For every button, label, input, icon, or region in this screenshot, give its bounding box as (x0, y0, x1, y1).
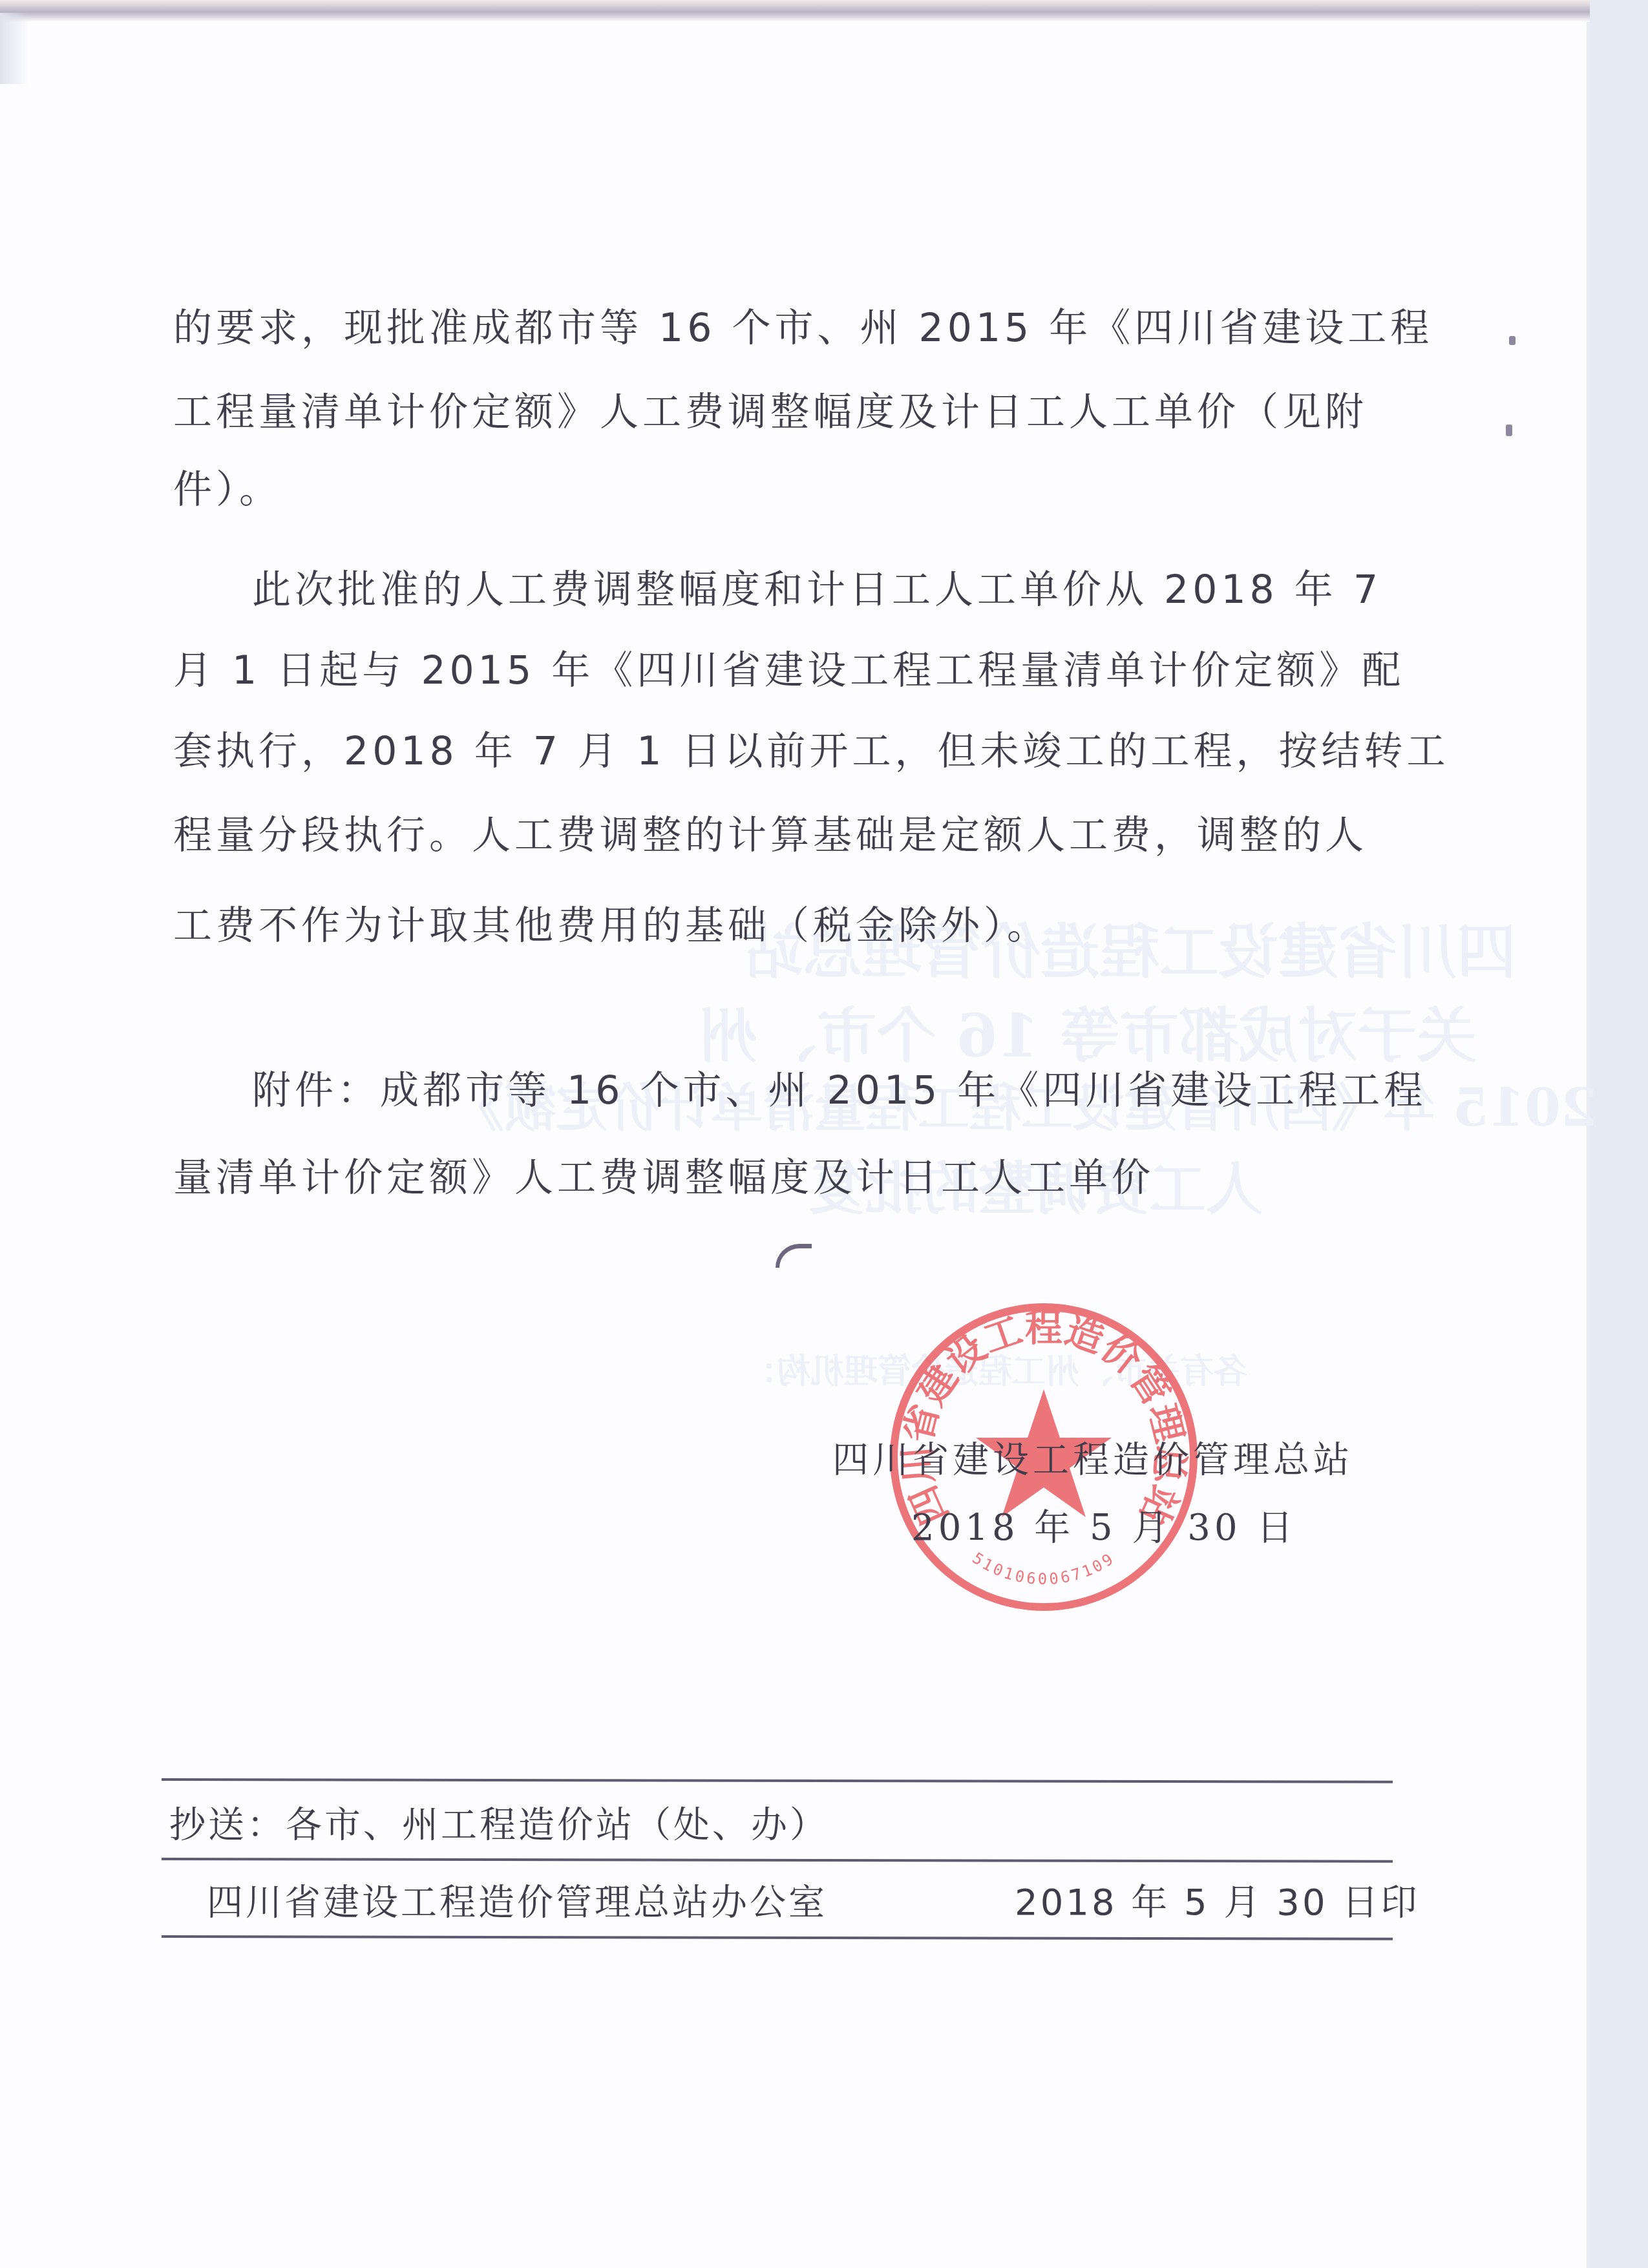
document-page: 四川省建设工程造价管理总站 关于对成都市等 16 个市、州 2015 年《四川省… (0, 19, 1587, 2268)
attachment-line: 量清单计价定额》人工费调整幅度及计日工人工单价 (173, 1147, 1154, 1202)
binding-hole-mark (1506, 425, 1512, 436)
body-line: 此次批准的人工费调整幅度和计日工人工单价从 2018 年 7 (252, 559, 1382, 614)
body-line: 工程量清单计价定额》人工费调整幅度及计日工人工单价（见附 (173, 381, 1368, 437)
page-top-edge (0, 0, 1590, 22)
body-line: 月 1 日起与 2015 年《四川省建设工程工程量清单计价定额》配 (173, 640, 1404, 695)
page-corner-shadow (0, 13, 29, 84)
signature-date: 2018 年 5 月 30 日 (911, 1499, 1296, 1551)
body-line: 工费不作为计取其他费用的基础（税金除外）。 (173, 895, 1050, 950)
attachment-line: 附件：成都市等 16 个市、州 2015 年《四川省建设工程工程 (252, 1060, 1426, 1115)
scanner-background (1590, 0, 1648, 2268)
signature-organization: 四川省建设工程造价管理总站 (832, 1431, 1353, 1483)
body-line: 的要求，现批准成都市等 16 个市、州 2015 年《四川省建设工程 (173, 297, 1433, 353)
binding-hole-mark (1509, 336, 1516, 345)
print-date: 2018 年 5 月 30 日印 (1015, 1874, 1419, 1926)
issuing-office: 四川省建设工程造价管理总站办公室 (207, 1874, 827, 1926)
svg-text:5101060067109: 5101060067109 (969, 1549, 1118, 1588)
body-line: 件）。 (173, 459, 282, 514)
cc-recipients: 抄送：各市、州工程造价站（处、办） (169, 1796, 829, 1848)
body-line: 套执行，2018 年 7 月 1 日以前开工，但未竣工的工程，按结转工 (173, 720, 1449, 776)
body-line: 程量分段执行。人工费调整的计算基础是定额人工费，调整的人 (173, 804, 1368, 860)
